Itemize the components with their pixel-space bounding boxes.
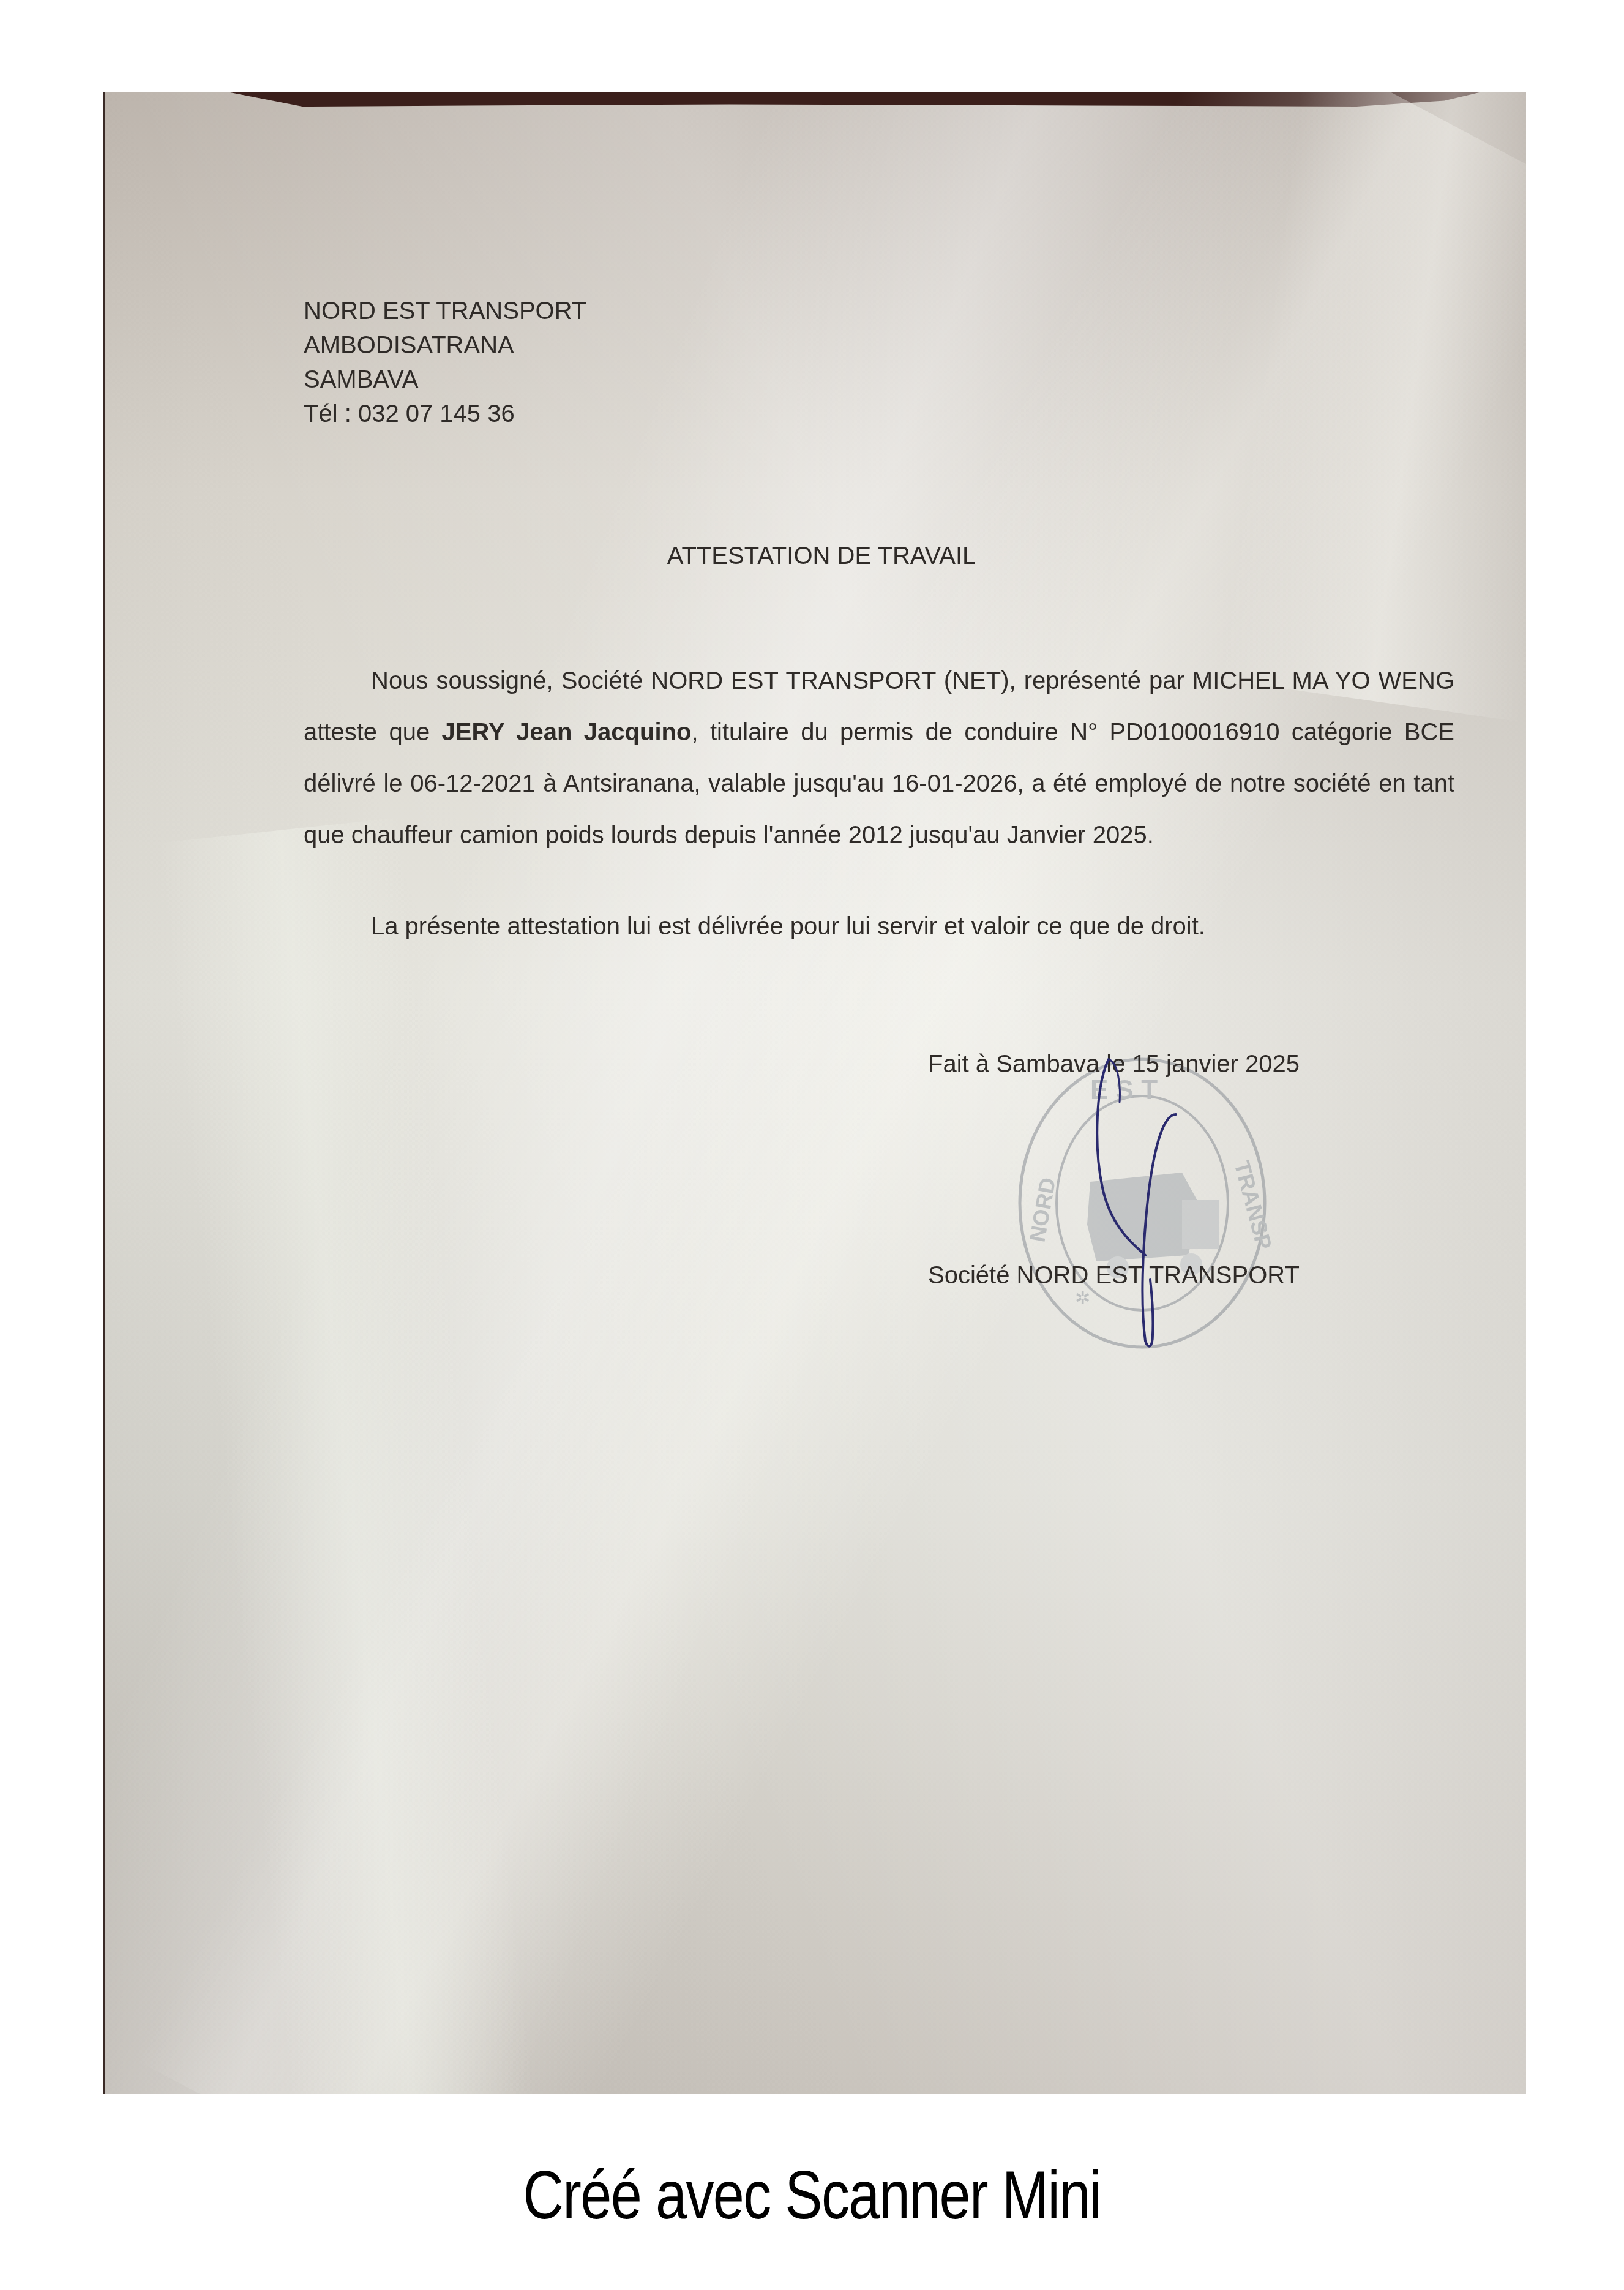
sender-company: NORD EST TRANSPORT	[304, 294, 586, 328]
sender-phone: Tél : 032 07 145 36	[304, 397, 586, 431]
document-title: ATTESTATION DE TRAVAIL	[105, 539, 1526, 573]
svg-text:NORD: NORD	[1025, 1176, 1061, 1244]
scanned-page: NORD EST TRANSPORT AMBODISATRANA SAMBAVA…	[103, 92, 1526, 2094]
employee-name: JERY Jean Jacquino	[442, 719, 692, 746]
sender-address: NORD EST TRANSPORT AMBODISATRANA SAMBAVA…	[304, 294, 586, 431]
svg-text:TRANSP: TRANSP	[1229, 1158, 1277, 1252]
sender-city: SAMBAVA	[304, 362, 586, 397]
background-edge	[227, 92, 1482, 107]
watermark-text: Créé avec Scanner Mini	[523, 2155, 1101, 2234]
light-reflection	[157, 817, 542, 2094]
sender-district: AMBODISATRANA	[304, 328, 586, 362]
closing-sentence: La présente attestation lui est délivrée…	[371, 909, 1205, 944]
scanner-watermark: Créé avec Scanner Mini	[0, 2155, 1624, 2234]
light-reflection	[1218, 92, 1526, 722]
handwritten-signature-icon	[1084, 1047, 1219, 1353]
body-paragraph: Nous soussigné, Société NORD EST TRANSPO…	[304, 655, 1454, 861]
